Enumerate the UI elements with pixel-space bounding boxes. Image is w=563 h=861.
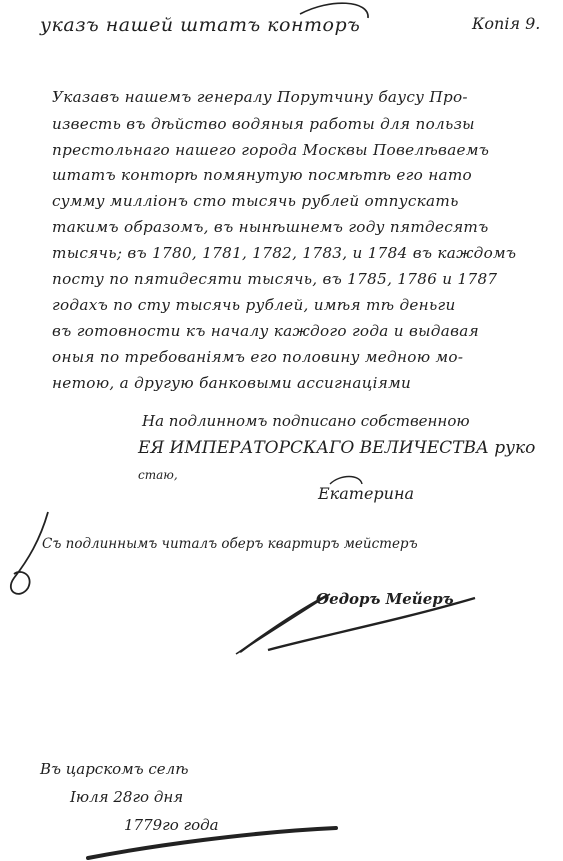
capital-flourish-icon	[11, 512, 48, 594]
underline-stroke-icon	[88, 828, 336, 858]
pen-flourishes	[0, 0, 563, 861]
title-flourish-icon	[300, 3, 368, 18]
signature-swoosh-icon	[240, 596, 475, 652]
signature-flourish-icon	[330, 477, 362, 485]
